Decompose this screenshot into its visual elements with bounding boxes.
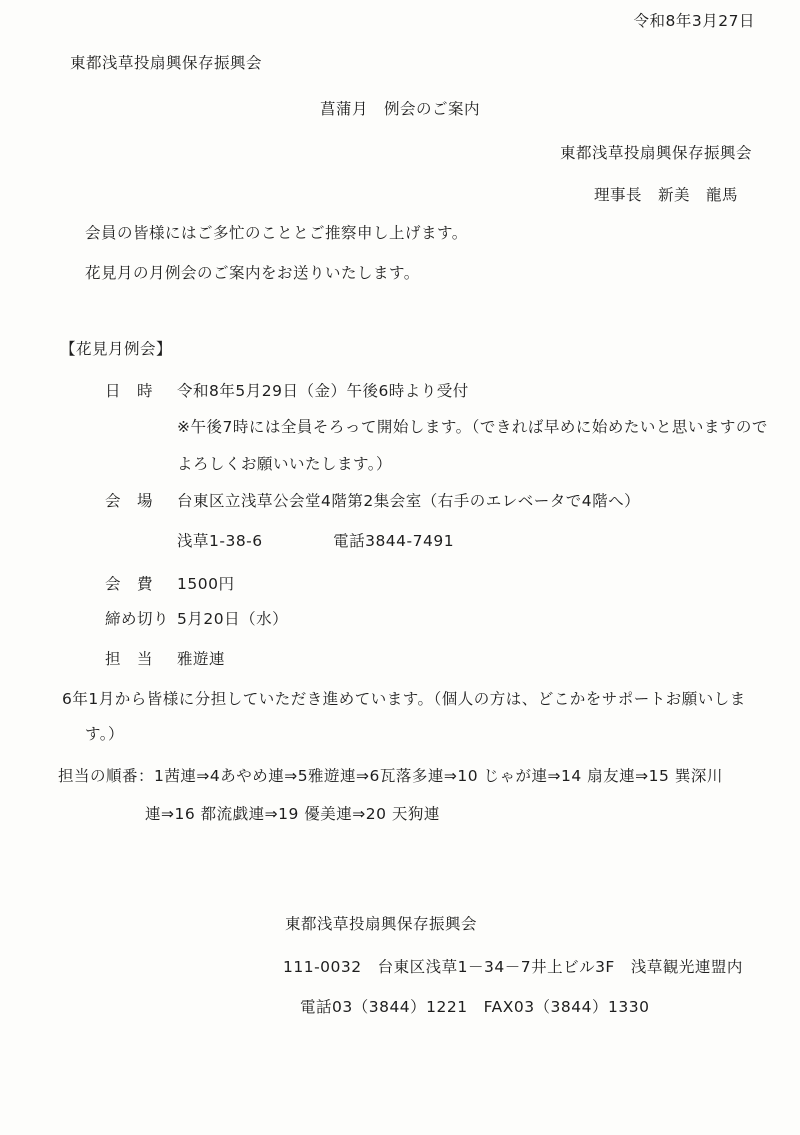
datetime-note-line-2: よろしくお願いいたします。）: [177, 453, 800, 475]
detail-value-venue: 台東区立浅草公会堂4階第2集会室（右手のエレベータで4階へ）: [177, 490, 640, 512]
detail-value-charge: 雅遊連: [177, 648, 225, 670]
document-title: 菖蒲月 例会のご案内: [0, 98, 800, 120]
venue-address: 浅草1-38-6: [177, 532, 263, 550]
detail-row-deadline: 締め切り 5月20日（水）: [105, 608, 800, 630]
org-name: 東都浅草投扇興保存振興会: [0, 142, 800, 164]
section-heading: 【花見月例会】: [60, 338, 800, 360]
detail-label-venue: 会 場: [105, 490, 177, 512]
detail-row-fee: 会 費 1500円: [105, 573, 800, 595]
detail-row-charge: 担 当 雅遊連: [105, 648, 800, 670]
body-note-line-2: す。）: [85, 723, 800, 745]
greeting-line-2: 花見月の月例会のご案内をお送りいたします。: [85, 262, 800, 284]
rotation-order-line-2: 連⇒16 都流戯連⇒19 優美連⇒20 天狗連: [145, 803, 800, 825]
document-date: 令和8年3月27日: [0, 0, 800, 32]
greeting-line-1: 会員の皆様にはご多忙のこととご推察申し上げます。: [85, 222, 800, 244]
scanned-document-page: 令和8年3月27日 東都浅草投扇興保存振興会 菖蒲月 例会のご案内 東都浅草投扇…: [0, 0, 800, 1135]
detail-label-fee: 会 費: [105, 573, 177, 595]
detail-label-deadline: 締め切り: [105, 608, 177, 630]
detail-label-charge: 担 当: [105, 648, 177, 670]
venue-phone: 電話3844-7491: [333, 532, 454, 550]
president-name: 理事長 新美 龍馬: [0, 184, 800, 206]
detail-value-deadline: 5月20日（水）: [177, 608, 288, 630]
rotation-order-line-1: 担当の順番：1茜連⇒4あやめ連⇒5雅遊連⇒6瓦落多連⇒10 じゃが連⇒14 扇友…: [58, 765, 800, 787]
detail-row-datetime: 日 時 令和8年5月29日（金）午後6時より受付: [105, 380, 800, 402]
footer-address: 111-0032 台東区浅草1－34－7井上ビル3F 浅草観光連盟内: [283, 956, 800, 978]
sender-org: 東都浅草投扇興保存振興会: [70, 52, 800, 74]
detail-label-datetime: 日 時: [105, 380, 177, 402]
body-note-line-1: 6年1月から皆様に分担していただき進めています。（個人の方は、どこかをサポートお…: [62, 688, 800, 710]
detail-value-datetime: 令和8年5月29日（金）午後6時より受付: [177, 380, 469, 402]
footer-phone: 電話03（3844）1221 FAX03（3844）1330: [300, 996, 800, 1018]
venue-address-line: 浅草1-38-6 電話3844-7491: [177, 530, 800, 552]
detail-row-venue: 会 場 台東区立浅草公会堂4階第2集会室（右手のエレベータで4階へ）: [105, 490, 800, 512]
datetime-note-line-1: ※午後7時には全員そろって開始します。（できれば早めに始めたいと思いますので: [177, 416, 800, 438]
footer-org: 東都浅草投扇興保存振興会: [285, 913, 800, 935]
detail-value-fee: 1500円: [177, 573, 234, 595]
